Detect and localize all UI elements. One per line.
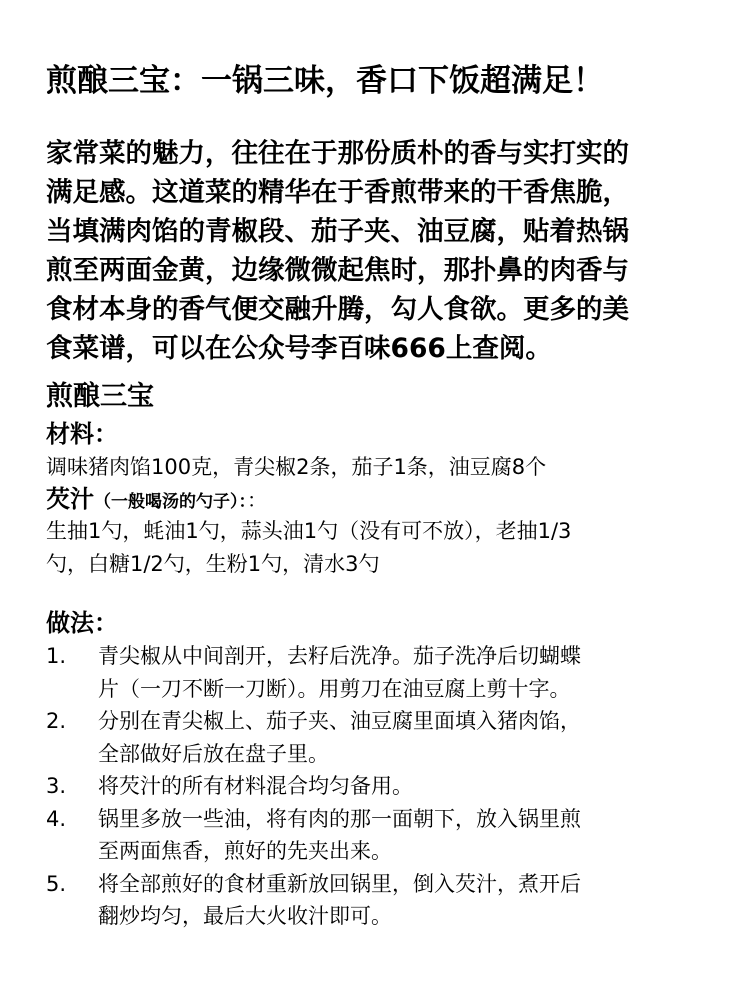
step-item: 3. 将芡汁的所有材料混合均匀备用。 xyxy=(46,770,706,803)
intro-line: 食材本身的香气便交融升腾，勾人食欲。更多的美 xyxy=(46,290,706,329)
sauce-sublabel: （一般喝汤的勺子）： xyxy=(94,492,247,512)
intro-line: 食菜谱，可以在公众号李百味666上查阅。 xyxy=(46,329,706,368)
intro-line: 满足感。这道菜的精华在于香煎带来的干香焦脆， xyxy=(46,173,706,212)
sauce-line: 生抽1勺，蚝油1勺，蒜头油1勺（没有可不放），老抽1/3 xyxy=(46,515,571,548)
step-number: 1. xyxy=(46,640,98,673)
step-line: 翻炒均匀，最后大火收汁即可。 xyxy=(98,900,581,933)
method-steps: 1. 青尖椒从中间剖开，去籽后洗净。茄子洗净后切蝴蝶 片（一刀不断一刀断）。用剪… xyxy=(46,640,706,933)
sauce-text: 生抽1勺，蚝油1勺，蒜头油1勺（没有可不放），老抽1/3 勺，白糖1/2勺，生粉… xyxy=(46,515,571,581)
intro-paragraph: 家常菜的魅力，往往在于那份质朴的香与实打实的 满足感。这道菜的精华在于香煎带来的… xyxy=(46,134,706,368)
step-item: 1. 青尖椒从中间剖开，去籽后洗净。茄子洗净后切蝴蝶 片（一刀不断一刀断）。用剪… xyxy=(46,640,706,705)
step-text: 青尖椒从中间剖开，去籽后洗净。茄子洗净后切蝴蝶 片（一刀不断一刀断）。用剪刀在油… xyxy=(98,640,581,705)
method-label: 做法： xyxy=(46,606,118,640)
step-line: 锅里多放一些油，将有肉的那一面朝下，放入锅里煎 xyxy=(98,803,581,836)
step-text: 分别在青尖椒上、茄子夹、油豆腐里面填入猪肉馅， 全部做好后放在盘子里。 xyxy=(98,705,581,770)
step-line: 将全部煎好的食材重新放回锅里，倒入芡汁，煮开后 xyxy=(98,868,581,901)
step-text: 将全部煎好的食材重新放回锅里，倒入芡汁，煮开后 翻炒均匀，最后大火收汁即可。 xyxy=(98,868,581,933)
step-line: 青尖椒从中间剖开，去籽后洗净。茄子洗净后切蝴蝶 xyxy=(98,640,581,673)
ingredients-label: 材料： xyxy=(46,417,118,451)
step-text: 锅里多放一些油，将有肉的那一面朝下，放入锅里煎 至两面焦香，煎好的先夹出来。 xyxy=(98,803,581,868)
step-line: 至两面焦香，煎好的先夹出来。 xyxy=(98,835,581,868)
step-number: 5. xyxy=(46,868,98,901)
intro-line: 煎至两面金黄，边缘微微起焦时，那扑鼻的肉香与 xyxy=(46,251,706,290)
step-number: 2. xyxy=(46,705,98,738)
step-item: 5. 将全部煎好的食材重新放回锅里，倒入芡汁，煮开后 翻炒均匀，最后大火收汁即可… xyxy=(46,868,706,933)
sauce-label: 芡汁 xyxy=(46,485,94,513)
article-title: 煎酿三宝：一锅三味，香口下饭超满足！ xyxy=(46,58,604,104)
intro-line: 家常菜的魅力，往往在于那份质朴的香与实打实的 xyxy=(46,134,706,173)
step-number: 4. xyxy=(46,803,98,836)
step-line: 分别在青尖椒上、茄子夹、油豆腐里面填入猪肉馅， xyxy=(98,705,581,738)
step-line: 片（一刀不断一刀断）。用剪刀在油豆腐上剪十字。 xyxy=(98,673,581,706)
intro-line: 当填满肉馅的青椒段、茄子夹、油豆腐，贴着热锅 xyxy=(46,212,706,251)
step-item: 2. 分别在青尖椒上、茄子夹、油豆腐里面填入猪肉馅， 全部做好后放在盘子里。 xyxy=(46,705,706,770)
sauce-label-tail: ： xyxy=(247,488,267,512)
sauce-label-row: 芡汁（一般喝汤的勺子）：： xyxy=(46,482,267,519)
step-number: 3. xyxy=(46,770,98,803)
step-line: 将芡汁的所有材料混合均匀备用。 xyxy=(98,770,413,803)
sauce-line: 勺，白糖1/2勺，生粉1勺，清水3勺 xyxy=(46,548,571,581)
step-text: 将芡汁的所有材料混合均匀备用。 xyxy=(98,770,413,803)
step-line: 全部做好后放在盘子里。 xyxy=(98,738,581,771)
recipe-name: 煎酿三宝 xyxy=(46,377,154,417)
step-item: 4. 锅里多放一些油，将有肉的那一面朝下，放入锅里煎 至两面焦香，煎好的先夹出来… xyxy=(46,803,706,868)
ingredients-text: 调味猪肉馅100克，青尖椒2条，茄子1条，油豆腐8个 xyxy=(46,451,546,484)
recipe-page: 煎酿三宝：一锅三味，香口下饭超满足！ 家常菜的魅力，往往在于那份质朴的香与实打实… xyxy=(0,0,741,988)
